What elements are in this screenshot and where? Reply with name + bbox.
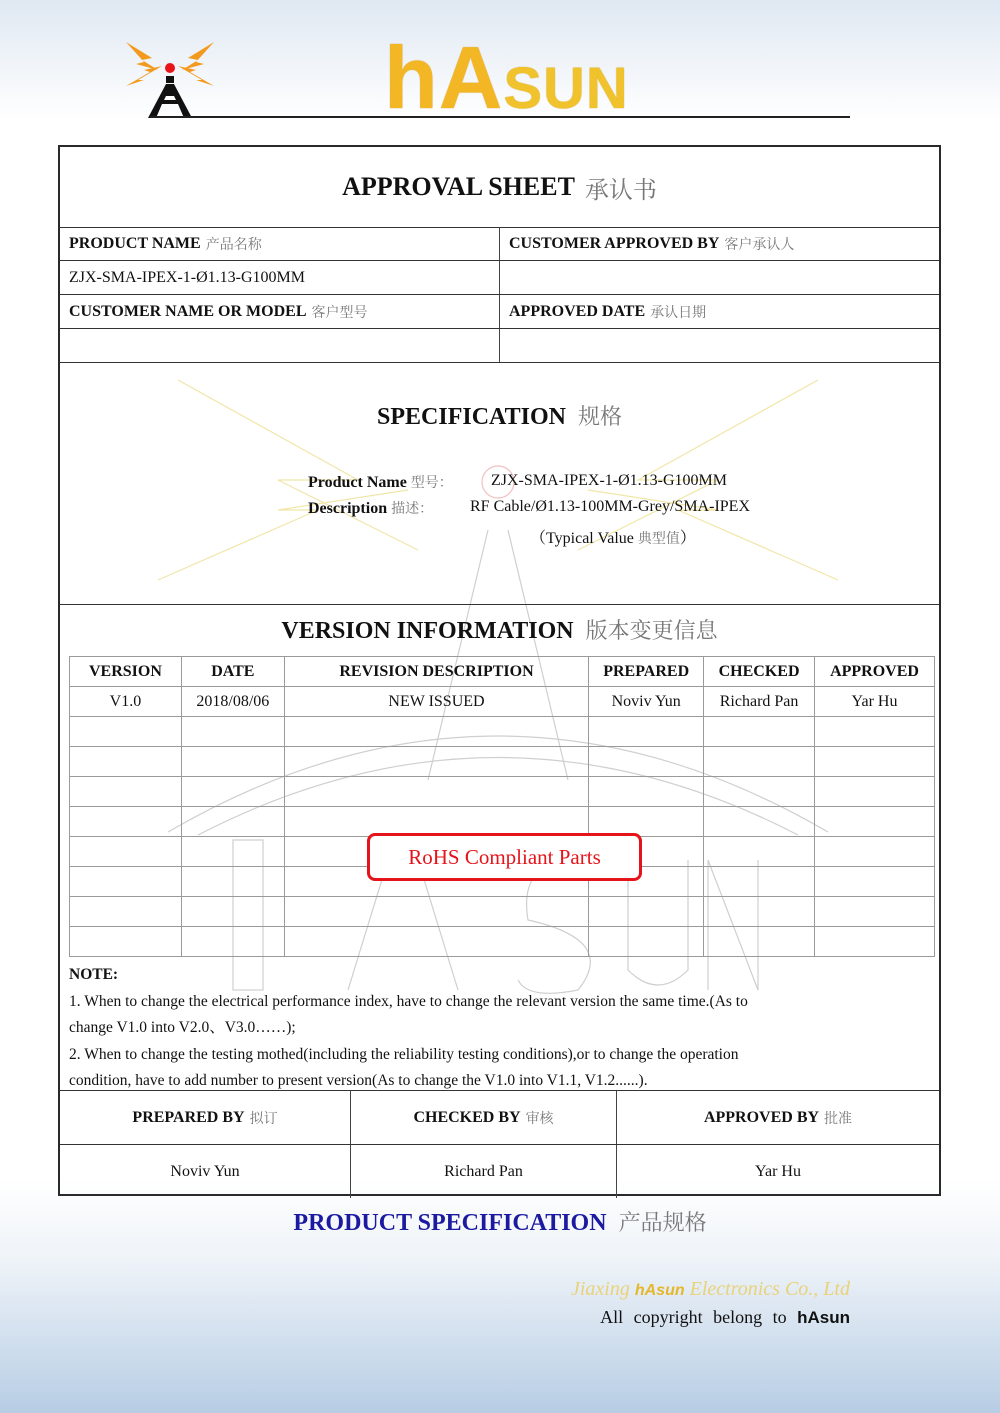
product-specification-footer: PRODUCT SPECIFICATION 产品规格 <box>0 1206 1000 1237</box>
cell-version: V1.0 <box>70 687 182 717</box>
cell-checked <box>704 897 815 927</box>
cell-revision-description <box>284 807 588 837</box>
product-name-label: PRODUCT NAME 产品名称 <box>60 227 500 260</box>
specification-section: SPECIFICATION 规格 Product Name 型号： ZJX-SM… <box>60 364 939 605</box>
cell-approved <box>815 837 935 867</box>
cell-approved: Yar Hu <box>815 687 935 717</box>
brand-letter-a: A <box>439 28 504 127</box>
cell-revision-description <box>284 897 588 927</box>
info-row-values-1: ZJX-SMA-IPEX-1-Ø1.13-G100MM <box>60 261 939 295</box>
cell-revision-description: NEW ISSUED <box>284 687 588 717</box>
copyright-notice: All copyright belong to hAsun <box>600 1307 850 1328</box>
company-prefix: Jiaxing <box>571 1278 635 1300</box>
footer-title-cn: 产品规格 <box>619 1211 707 1236</box>
brand-logo: hASUN <box>384 38 629 118</box>
checked-by-label: CHECKED BY 审核 <box>351 1091 617 1144</box>
cell-approved <box>815 897 935 927</box>
title-en: VERSION INFORMATION <box>281 618 573 644</box>
info-row-labels-2: CUSTOMER NAME OR MODEL 客户型号 APPROVED DAT… <box>60 295 939 329</box>
cell-date <box>181 747 284 777</box>
cell-checked <box>704 867 815 897</box>
product-name-value: ZJX-SMA-IPEX-1-Ø1.13-G100MM <box>60 261 500 294</box>
approval-info-grid: PRODUCT NAME 产品名称 CUSTOMER APPROVED BY 客… <box>60 227 939 363</box>
cell-date <box>181 837 284 867</box>
label-cn: 批准 <box>824 1108 852 1128</box>
cell-checked: Richard Pan <box>704 687 815 717</box>
company-name: Jiaxing hAsun Electronics Co., Ltd <box>571 1278 850 1301</box>
spec-description: Description 描述： <box>308 498 433 518</box>
label-en: APPROVED DATE <box>509 303 645 321</box>
customer-approved-by-field[interactable] <box>500 261 939 294</box>
table-row <box>70 807 935 837</box>
cell-version <box>70 747 182 777</box>
title-cn: 规格 <box>578 405 622 430</box>
cell-date: 2018/08/06 <box>181 687 284 717</box>
specification-title: SPECIFICATION 规格 <box>60 400 939 431</box>
label-en: CUSTOMER NAME OR MODEL <box>69 303 307 321</box>
label-en: Description <box>308 500 387 517</box>
company-brand-logo: hAsun <box>635 1282 685 1299</box>
note-line: 1. When to change the electrical perform… <box>69 989 929 1016</box>
column-header-checked: CHECKED <box>704 657 815 687</box>
cell-revision-description <box>284 927 588 957</box>
cell-version <box>70 777 182 807</box>
label-cn: 拟订 <box>250 1108 278 1128</box>
label-en: PRODUCT NAME <box>69 235 201 253</box>
footer-title-en: PRODUCT SPECIFICATION <box>293 1210 606 1236</box>
label-cn: 描述： <box>391 501 433 517</box>
approved-date-label: APPROVED DATE 承认日期 <box>500 295 939 328</box>
cell-checked <box>704 777 815 807</box>
company-suffix: Electronics Co., Ltd <box>685 1278 850 1300</box>
table-row: V1.02018/08/06NEW ISSUEDNoviv YunRichard… <box>70 687 935 717</box>
cell-checked <box>704 717 815 747</box>
spec-typical-value-note: （Typical Value 典型值） <box>530 525 696 548</box>
spec-product-name: Product Name 型号： <box>308 472 453 492</box>
cell-revision-description <box>284 717 588 747</box>
version-section: VERSION INFORMATION 版本变更信息 VERSION DATE … <box>60 604 939 652</box>
label-en: Product Name <box>308 474 407 491</box>
cell-prepared: Noviv Yun <box>589 687 704 717</box>
version-table-header: VERSION DATE REVISION DESCRIPTION PREPAR… <box>70 657 935 687</box>
cell-prepared <box>589 927 704 957</box>
title-en: SPECIFICATION <box>377 404 566 430</box>
label-cn: 客户承认人 <box>724 234 794 254</box>
copyright-text: All copyright belong to <box>600 1307 797 1327</box>
cell-date <box>181 807 284 837</box>
cell-approved <box>815 717 935 747</box>
signoff-table: PREPARED BY 拟订 CHECKED BY 审核 APPROVED BY… <box>60 1090 939 1199</box>
brand-letter-h: h <box>384 28 439 127</box>
approval-sheet-title: APPROVAL SHEET 承认书 <box>60 147 939 228</box>
column-header-approved: APPROVED <box>815 657 935 687</box>
cell-approved <box>815 927 935 957</box>
info-row-labels-1: PRODUCT NAME 产品名称 CUSTOMER APPROVED BY 客… <box>60 227 939 261</box>
label-cn: 客户型号 <box>312 302 368 322</box>
cell-revision-description <box>284 777 588 807</box>
label-en: CHECKED BY <box>413 1109 520 1127</box>
label-en: PREPARED BY <box>132 1109 244 1127</box>
cell-checked <box>704 747 815 777</box>
note-line: 2. When to change the testing mothed(inc… <box>69 1042 929 1069</box>
title-cn: 版本变更信息 <box>586 619 718 644</box>
cell-date <box>181 777 284 807</box>
spec-product-name-value: ZJX-SMA-IPEX-1-Ø1.13-G100MM <box>491 472 727 490</box>
table-row <box>70 717 935 747</box>
label-cn: 型号： <box>411 475 453 491</box>
version-title: VERSION INFORMATION 版本变更信息 <box>60 614 939 652</box>
header-rule <box>150 116 850 118</box>
cell-revision-description <box>284 747 588 777</box>
brand-letters-sun: SUN <box>503 56 628 121</box>
cell-version <box>70 807 182 837</box>
cell-version <box>70 897 182 927</box>
column-header-prepared: PREPARED <box>589 657 704 687</box>
signoff-header-row: PREPARED BY 拟订 CHECKED BY 审核 APPROVED BY… <box>60 1091 939 1144</box>
note-en: （Typical Value <box>530 530 638 547</box>
column-header-date: DATE <box>181 657 284 687</box>
cell-approved <box>815 777 935 807</box>
cell-prepared <box>589 807 704 837</box>
column-header-version: VERSION <box>70 657 182 687</box>
cell-prepared <box>589 897 704 927</box>
approved-by-label: APPROVED BY 批准 <box>617 1091 939 1144</box>
label-en: APPROVED BY <box>704 1109 819 1127</box>
notes-heading: NOTE: <box>69 962 929 989</box>
label-cn: 产品名称 <box>206 234 262 254</box>
rohs-compliant-stamp: RoHS Compliant Parts <box>367 833 642 881</box>
cell-version <box>70 927 182 957</box>
table-row <box>70 927 935 957</box>
notes-section: NOTE: 1. When to change the electrical p… <box>69 962 929 1095</box>
cell-prepared <box>589 717 704 747</box>
label-cn: 审核 <box>526 1108 554 1128</box>
cell-version <box>70 867 182 897</box>
cell-checked <box>704 837 815 867</box>
note-cn: 典型值 <box>638 531 680 547</box>
cell-date <box>181 717 284 747</box>
customer-name-label: CUSTOMER NAME OR MODEL 客户型号 <box>60 295 500 328</box>
cell-date <box>181 927 284 957</box>
copyright-brand-logo: hAsun <box>797 1308 850 1327</box>
approved-by-value: Yar Hu <box>617 1145 939 1198</box>
prepared-by-value: Noviv Yun <box>60 1145 351 1198</box>
prepared-by-label: PREPARED BY 拟订 <box>60 1091 351 1144</box>
label-en: CUSTOMER APPROVED BY <box>509 235 719 253</box>
title-cn: 承认书 <box>585 170 657 205</box>
radio-tower-icon <box>122 36 218 120</box>
approved-date-field[interactable] <box>500 329 939 362</box>
table-row <box>70 747 935 777</box>
note-end: ） <box>680 530 696 547</box>
cell-approved <box>815 807 935 837</box>
title-en: APPROVAL SHEET <box>342 172 575 202</box>
cell-approved <box>815 867 935 897</box>
customer-approved-by-label: CUSTOMER APPROVED BY 客户承认人 <box>500 227 939 260</box>
cell-approved <box>815 747 935 777</box>
info-row-values-2 <box>60 329 939 363</box>
checked-by-value: Richard Pan <box>351 1145 617 1198</box>
approval-sheet: APPROVAL SHEET 承认书 PRODUCT NAME 产品名称 CUS… <box>58 145 941 1196</box>
label-cn: 承认日期 <box>650 302 706 322</box>
table-row <box>70 777 935 807</box>
note-line: change V1.0 into V2.0、V3.0……); <box>69 1015 929 1042</box>
cell-checked <box>704 807 815 837</box>
signoff-value-row: Noviv Yun Richard Pan Yar Hu <box>60 1144 939 1198</box>
spec-description-value: RF Cable/Ø1.13-100MM-Grey/SMA-IPEX <box>470 498 750 516</box>
cell-prepared <box>589 747 704 777</box>
cell-version <box>70 837 182 867</box>
table-row <box>70 897 935 927</box>
cell-date <box>181 897 284 927</box>
cell-version <box>70 717 182 747</box>
column-header-revision-description: REVISION DESCRIPTION <box>284 657 588 687</box>
customer-name-field[interactable] <box>60 329 500 362</box>
cell-checked <box>704 927 815 957</box>
cell-date <box>181 867 284 897</box>
version-table: VERSION DATE REVISION DESCRIPTION PREPAR… <box>69 656 935 957</box>
cell-prepared <box>589 777 704 807</box>
